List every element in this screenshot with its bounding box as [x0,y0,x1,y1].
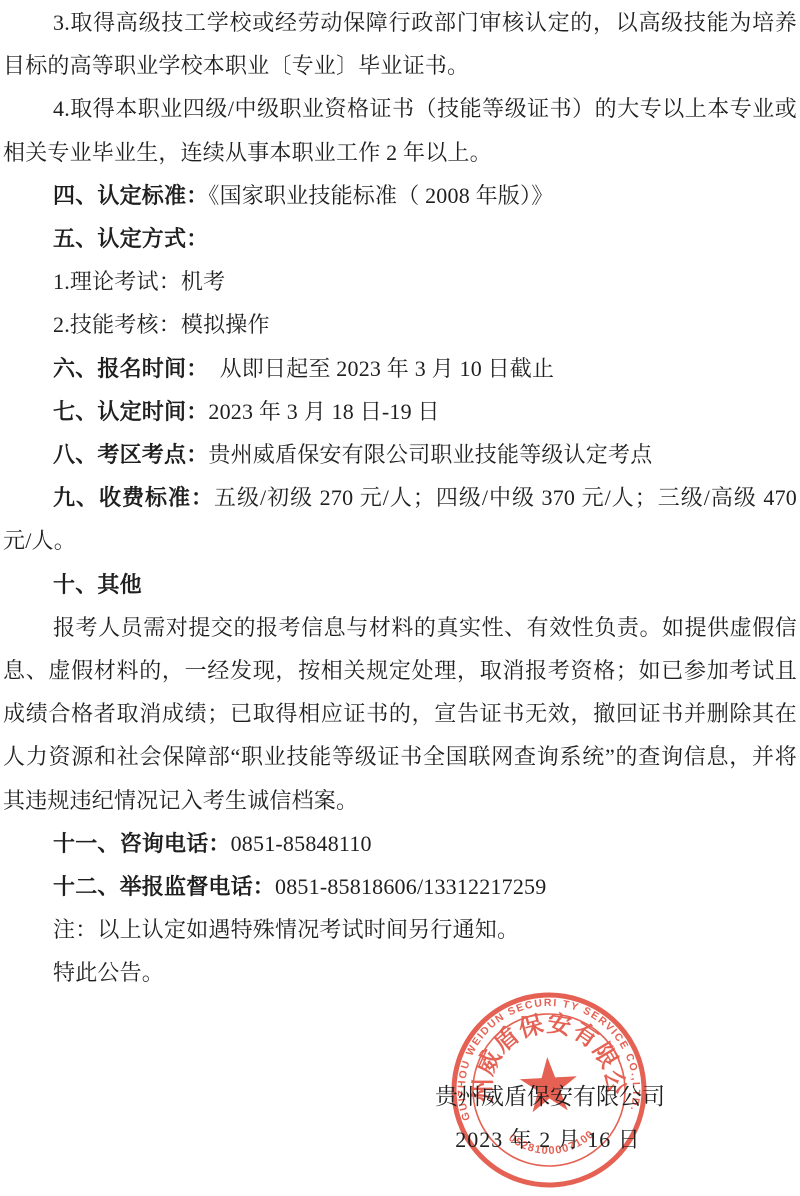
paragraph-text: 特此公告。 [53,960,164,985]
paragraph-text: 注：以上认定如遇特殊情况考试时间另行通知。 [53,917,519,942]
section-label: 九、收费标准： [53,485,214,510]
paragraph: 十、其他 [3,563,797,606]
paragraph: 3.取得高级技工学校或经劳动保障行政部门审核认定的，以高级技能为培养目标的高等职… [3,1,797,87]
paragraph-text: 报考人员需对提交的报考信息与材料的真实性、有效性负责。如提供虚假信息、虚假材料的… [3,615,797,813]
section-label: 七、认定时间： [53,399,208,424]
paragraph-text: 2.技能考核：模拟操作 [53,312,270,337]
paragraph: 特此公告。 [3,951,797,994]
paragraph-text: 贵州威盾保安有限公司职业技能等级认定考点 [208,442,652,467]
signature-date: 2023 年 2 月 16 日 [430,1123,666,1154]
paragraph-text: 0851-85848110 [231,831,372,856]
paragraph: 2.技能考核：模拟操作 [3,303,797,346]
paragraph: 九、收费标准：五级/初级 270 元/人；四级/中级 370 元/人；三级/高级… [3,476,797,562]
paragraph-text: 4.取得本职业四级/中级职业资格证书（技能等级证书）的大专以上本专业或相关专业毕… [3,96,797,164]
section-label: 六、报名时间： [53,356,197,381]
paragraph: 七、认定时间：2023 年 3 月 18 日-19 日 [3,390,797,433]
paragraph-text: 从即日起至 2023 年 3 月 10 日截止 [197,356,554,381]
paragraph-text: 2023 年 3 月 18 日-19 日 [208,399,439,424]
paragraph: 4.取得本职业四级/中级职业资格证书（技能等级证书）的大专以上本专业或相关专业毕… [3,87,797,173]
paragraph: 十一、咨询电话：0851-85848110 [3,822,797,865]
section-label: 十二、举报监督电话： [53,874,275,899]
paragraph: 六、报名时间： 从即日起至 2023 年 3 月 10 日截止 [3,347,797,390]
paragraph-text: 《国家职业技能标准（ 2008 年版）》 [208,183,553,208]
paragraph: 四、认定标准：《国家职业技能标准（ 2008 年版）》 [3,174,797,217]
company-name: 贵州威盾保安有限公司 [430,1078,670,1111]
section-label: 五、认定方式： [53,226,208,251]
section-label: 八、考区考点： [53,442,208,467]
document-page: 3.取得高级技工学校或经劳动保障行政部门审核认定的，以高级技能为培养目标的高等职… [0,0,800,1196]
paragraph: 1.理论考试：机考 [3,260,797,303]
paragraph: 报考人员需对提交的报考信息与材料的真实性、有效性负责。如提供虚假信息、虚假材料的… [3,606,797,822]
paragraph: 五、认定方式： [3,217,797,260]
paragraph-text: 0851-85818606/13312217259 [275,874,546,899]
paragraph-text: 1.理论考试：机考 [53,269,225,294]
section-label: 十、其他 [53,572,142,597]
announcement-body: 3.取得高级技工学校或经劳动保障行政部门审核认定的，以高级技能为培养目标的高等职… [0,0,800,995]
paragraph-text: 3.取得高级技工学校或经劳动保障行政部门审核认定的，以高级技能为培养目标的高等职… [3,10,797,78]
section-label: 十一、咨询电话： [53,831,231,856]
section-label: 四、认定标准： [53,183,208,208]
paragraph: 八、考区考点：贵州威盾保安有限公司职业技能等级认定考点 [3,433,797,476]
paragraph: 十二、举报监督电话：0851-85818606/13312217259 [3,865,797,908]
paragraph: 注：以上认定如遇特殊情况考试时间另行通知。 [3,908,797,951]
